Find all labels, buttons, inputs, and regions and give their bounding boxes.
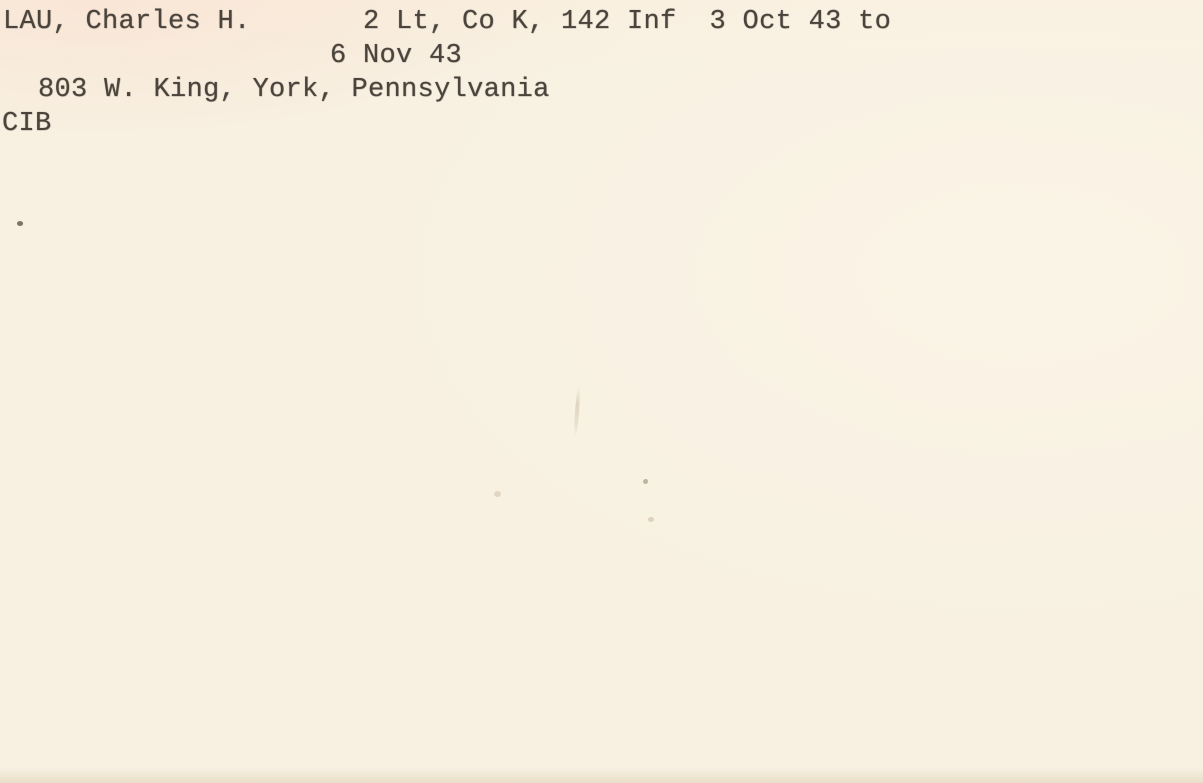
paper-smudge	[573, 386, 581, 438]
card-award-line: CIB	[2, 108, 52, 140]
paper-speck	[16, 220, 23, 227]
paper-speck	[643, 479, 648, 484]
paper-speck	[494, 491, 501, 497]
card-address-line: 803 W. King, York, Pennsylvania	[38, 74, 550, 106]
card-name-line: LAU, Charles H.	[3, 6, 251, 38]
card-end-date-line: 6 Nov 43	[330, 40, 462, 72]
paper-speck	[648, 517, 654, 522]
index-card: LAU, Charles H. 2 Lt, Co K, 142 Inf 3 Oc…	[0, 0, 1203, 783]
card-service-line: 2 Lt, Co K, 142 Inf 3 Oct 43 to	[363, 6, 891, 38]
